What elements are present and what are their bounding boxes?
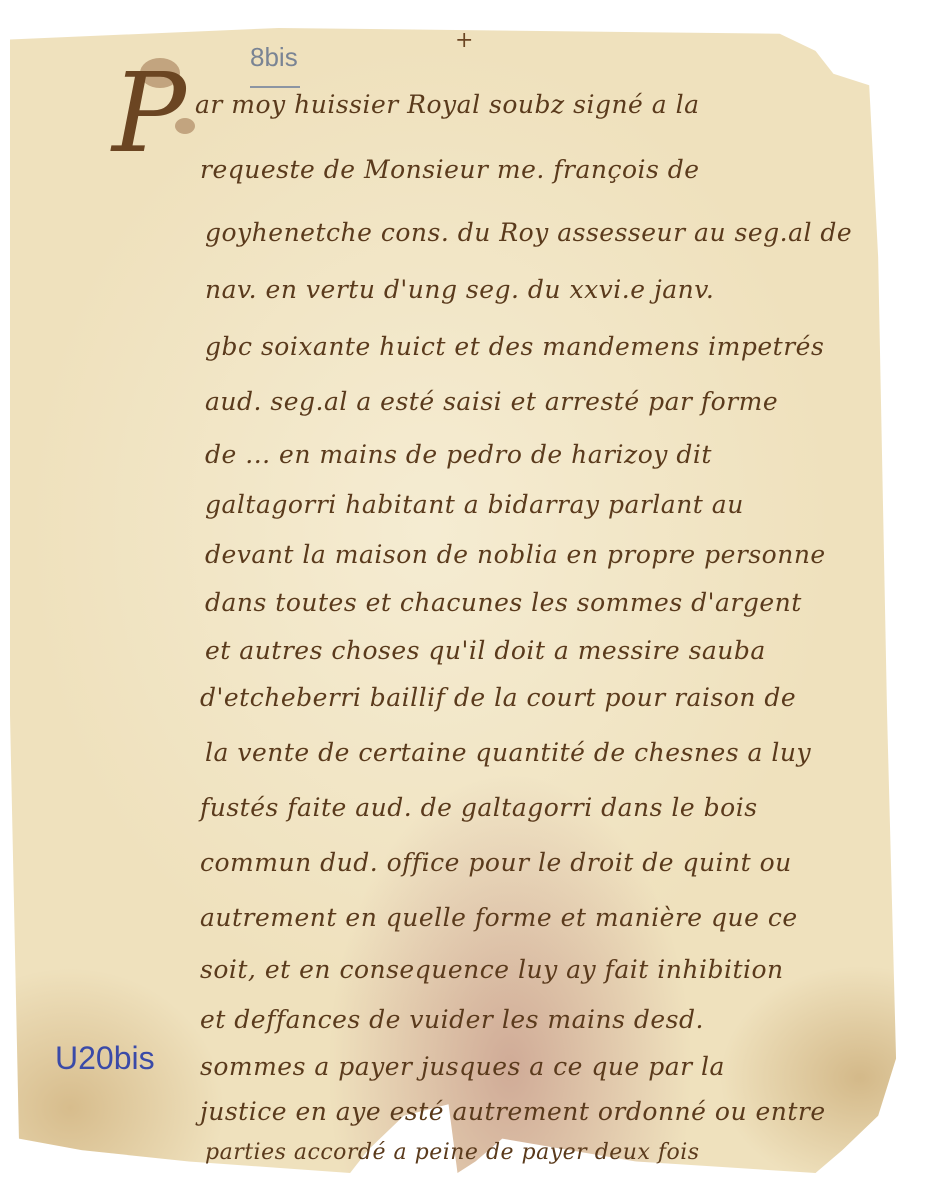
text-line: sommes a payer jusques a ce que par la [200,1052,725,1081]
text-line: de ... en mains de pedro de harizoy dit [205,440,712,469]
text-line: justice en aye esté autrement ordonné ou… [200,1097,826,1126]
text-line: galtagorri habitant a bidarray parlant a… [205,490,744,519]
text-line: goyhenetche cons. du Roy assesseur au se… [205,218,852,247]
folio-underline [250,86,300,88]
text-line: gbc soixante huict et des mandemens impe… [205,332,824,361]
text-line: nav. en vertu d'ung seg. du xxvi.e janv. [205,275,714,304]
text-line: dans toutes et chacunes les sommes d'arg… [205,588,802,617]
text-line: d'etcheberri baillif de la court pour ra… [200,683,796,712]
text-line: aud. seg.al a esté saisi et arresté par … [205,387,778,416]
folio-number: 8bis [250,42,298,73]
text-line: ar moy huissier Royal soubz signé a la [195,90,700,119]
text-line: autrement en quelle forme et manière que… [200,903,798,932]
text-line: fustés faite aud. de galtagorri dans le … [200,793,758,822]
shelfmark: U20bis [55,1040,155,1077]
text-line: et deffances de vuider les mains desd. [200,1005,704,1034]
text-line: requeste de Monsieur me. françois de [200,155,700,184]
cross-mark: + [455,28,473,53]
text-line: et autres choses qu'il doit a messire sa… [205,636,766,665]
text-line: commun dud. office pour le droit de quin… [200,848,792,877]
text-line: devant la maison de noblia en propre per… [205,540,826,569]
decorated-initial: P [112,58,186,168]
text-line: parties accordé a peine de payer deux fo… [205,1140,700,1165]
text-line: soit, et en consequence luy ay fait inhi… [200,955,784,984]
text-line: la vente de certaine quantité de chesnes… [205,738,811,767]
